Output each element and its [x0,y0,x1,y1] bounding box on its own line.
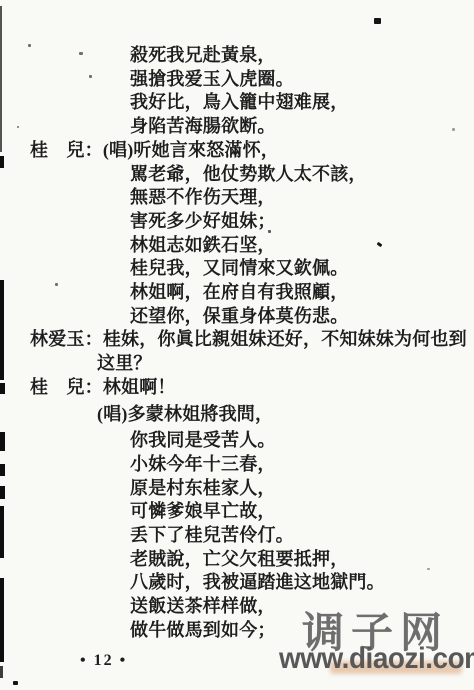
line-text: 丢下了桂兒苦伶仃。 [130,525,294,545]
line-text: 这里？ [97,353,152,373]
scanned-page: 殺死我兄赴黃泉，强搶我爱玉入虎圈。我好比，鳥入籠中翅难展，身陷苦海腸欲断。桂 兒… [0,0,474,690]
line-text: 可憐爹娘早亡故， [130,501,276,521]
script-line: 駡老爺，他仗势欺人太不該， [0,163,474,187]
line-text: 原是村东桂家人， [130,478,276,498]
line-text: 無惡不作伤天理， [130,187,276,207]
speaker-name: 桂 兒： [30,140,103,160]
line-text: 殺死我兄赴黃泉， [130,45,276,65]
script-line: 桂 兒：(唱)听她言來怒滿怀， [0,139,474,163]
line-text: 我好比，鳥入籠中翅难展， [130,92,348,112]
script-line: 这里？ [0,352,474,376]
script-line: 我好比，鳥入籠中翅难展， [0,91,474,115]
scan-speck [374,18,381,24]
script-line: 桂兒我，又同情來又欽佩。 [0,257,474,281]
line-text: 林姐啊，在府自有我照顧， [130,282,348,302]
script-line: 老賊說，亡父欠租要抵押， [0,548,474,572]
page-number: • 12 • [80,652,127,670]
script-line: 八歲时，我被逼踏進这地獄門。 [0,571,474,595]
line-text: 害死多少好姐妹； [130,211,276,231]
script-line: (唱)多蒙林姐將我問， [0,403,474,427]
line-text: (唱)听她言來怒滿怀， [103,140,279,160]
script-line: 强搶我爱玉入虎圈。 [0,68,474,92]
line-text: 强搶我爱玉入虎圈。 [130,69,294,89]
line-text: 林姐志如鉄石坚， [130,235,276,255]
script-line: 丢下了桂兒苦伶仃。 [0,524,474,548]
line-text: 做牛做馬到如今； [130,620,276,640]
speaker-name: 林爱玉： [30,329,103,349]
script-line: 林姐志如鉄石坚， [0,234,474,258]
script-line: 小妹今年十三春， [0,453,474,477]
line-text: 八歲时，我被逼踏進这地獄門。 [130,572,385,592]
line-text: 林姐啊！ [103,377,176,397]
line-text: 桂妹，你眞比親姐妹还好，不知妹妹为何也到 [103,329,467,349]
line-text: 小妹今年十三春， [130,454,276,474]
script-line: 林姐啊，在府自有我照顧， [0,281,474,305]
line-text: 桂兒我，又同情來又欽佩。 [130,258,348,278]
script-line: 無惡不作伤天理， [0,186,474,210]
script-line: 林爱玉：桂妹，你眞比親姐妹还好，不知妹妹为何也到 [0,328,474,352]
watermark-site-url: www.diaozi.com [279,642,474,676]
script-line: 你我同是受苦人。 [0,429,474,453]
script-line: 还望你，保重身体莫伤悲。 [0,305,474,329]
script-line: 可憐爹娘早亡故， [0,500,474,524]
scan-speck [13,681,18,685]
line-text: 駡老爺，他仗势欺人太不該， [130,164,367,184]
script-lines: 殺死我兄赴黃泉，强搶我爱玉入虎圈。我好比，鳥入籠中翅难展，身陷苦海腸欲断。桂 兒… [0,44,474,643]
line-text: (唱)多蒙林姐將我問， [97,404,273,424]
line-text: 身陷苦海腸欲断。 [130,116,276,136]
script-line: 害死多少好姐妹； [0,210,474,234]
script-line: 桂 兒：林姐啊！ [0,376,474,400]
line-text: 还望你，保重身体莫伤悲。 [130,306,348,326]
script-line: 身陷苦海腸欲断。 [0,115,474,139]
line-text: 送飯送茶样样做， [130,596,276,616]
line-text: 你我同是受苦人。 [130,430,276,450]
speaker-name: 桂 兒： [30,377,103,397]
script-line: 殺死我兄赴黃泉， [0,44,474,68]
scan-edge-mark [0,666,3,678]
script-line: 原是村东桂家人， [0,477,474,501]
line-text: 老賊說，亡父欠租要抵押， [130,549,348,569]
